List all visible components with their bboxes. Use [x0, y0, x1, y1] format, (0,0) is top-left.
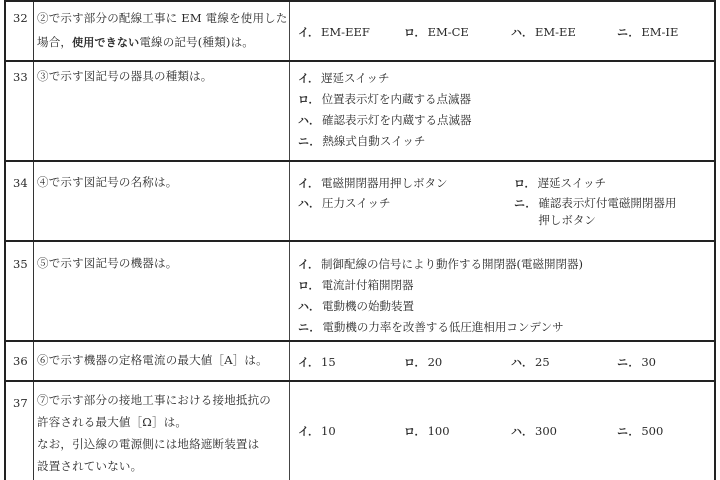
option-mark: ニ．: [617, 356, 639, 369]
option-ni[interactable]: ニ．30: [617, 354, 656, 370]
option-mark: イ．: [298, 26, 319, 39]
question-row-37: 37 ⑦で示す部分の接地工事における接地抵抗の 許容される最大値［Ω］は。 なお…: [6, 382, 714, 480]
options: イ．遅延スイッチ ロ．位置表示灯を内蔵する点滅器 ハ．確認表示灯を内蔵する点滅器…: [290, 62, 714, 160]
option-ni[interactable]: ニ．EM-IE: [617, 24, 678, 40]
option-text: 遅延スイッチ: [321, 71, 390, 85]
option-ro[interactable]: ロ．電流計付箱開閉器: [298, 277, 414, 293]
options: イ．制御配線の信号により動作する開閉器(電磁開閉器) ロ．電流計付箱開閉器 ハ．…: [290, 242, 714, 340]
option-text: 熱線式自動スイッチ: [322, 134, 425, 148]
option-text: 電磁開閉器用押しボタン: [321, 176, 448, 190]
option-text: 確認表示灯を内蔵する点滅器: [322, 113, 472, 127]
option-mark: ハ．: [298, 114, 320, 127]
option-i[interactable]: イ．10: [298, 423, 336, 439]
option-ro[interactable]: ロ．100: [404, 423, 450, 439]
option-text: 圧力スイッチ: [322, 196, 391, 210]
option-text: 電動機の始動装置: [322, 299, 414, 313]
question-row-32: 32 ②で示す部分の配線工事に EM 電線を使用した場合，使用できない電線の記号…: [6, 0, 714, 62]
question-text: ⑥で示す機器の定格電流の最大値［A］は。: [34, 342, 290, 380]
option-i[interactable]: イ．遅延スイッチ: [298, 70, 390, 86]
option-mark: ハ．: [511, 356, 533, 369]
option-text: 位置表示灯を内蔵する点滅器: [322, 92, 472, 106]
option-text: 電流計付箱開閉器: [322, 278, 414, 292]
option-mark: ロ．: [298, 93, 320, 106]
question-text-line: 設置されていない。: [37, 455, 289, 477]
option-mark: ロ．: [404, 26, 426, 39]
option-i[interactable]: イ．EM-EEF: [298, 24, 370, 40]
question-number: 32: [6, 2, 34, 60]
option-text: 300: [535, 424, 557, 438]
option-mark: ロ．: [514, 177, 536, 190]
option-text: 確認表示灯付電磁開閉器用押しボタン: [538, 195, 678, 229]
option-text: 15: [321, 355, 336, 369]
option-mark: ロ．: [404, 356, 426, 369]
question-number: 33: [6, 62, 34, 160]
options: イ．電磁開閉器用押しボタン ロ．遅延スイッチ ハ．圧力スイッチ ニ．確認表示灯付…: [290, 162, 714, 240]
question-text: ⑦で示す部分の接地工事における接地抵抗の 許容される最大値［Ω］は。 なお，引込…: [34, 382, 290, 480]
question-number: 36: [6, 342, 34, 380]
question-row-34: 34 ④で示す図記号の名称は。 イ．電磁開閉器用押しボタン ロ．遅延スイッチ ハ…: [6, 162, 714, 242]
option-ha[interactable]: ハ．電動機の始動装置: [298, 298, 414, 314]
question-text-line: ⑦で示す部分の接地工事における接地抵抗の: [37, 389, 289, 411]
option-ro[interactable]: ロ．EM-CE: [404, 24, 469, 40]
question-text-post: 電線の記号(種類)は。: [139, 35, 254, 49]
option-ro[interactable]: ロ．遅延スイッチ: [514, 175, 606, 191]
question-row-33: 33 ③で示す図記号の器具の種類は。 イ．遅延スイッチ ロ．位置表示灯を内蔵する…: [6, 62, 714, 162]
option-ha[interactable]: ハ．確認表示灯を内蔵する点滅器: [298, 112, 472, 128]
option-ro[interactable]: ロ．20: [404, 354, 442, 370]
options: イ．15 ロ．20 ハ．25 ニ．30: [290, 342, 714, 380]
question-number: 34: [6, 162, 34, 240]
option-mark: イ．: [298, 72, 319, 85]
option-mark: イ．: [298, 177, 319, 190]
option-mark: イ．: [298, 356, 319, 369]
option-mark: ニ．: [298, 135, 320, 148]
option-text: 電動機の力率を改善する低圧進相用コンデンサ: [322, 320, 563, 334]
option-text: 制御配線の信号により動作する開閉器(電磁開閉器): [321, 257, 583, 271]
question-text-line: 許容される最大値［Ω］は。: [37, 411, 289, 433]
option-mark: ロ．: [298, 279, 320, 292]
option-ha[interactable]: ハ．圧力スイッチ: [298, 195, 391, 211]
options: イ．10 ロ．100 ハ．300 ニ．500: [290, 382, 714, 480]
question-row-35: 35 ⑤で示す図記号の機器は。 イ．制御配線の信号により動作する開閉器(電磁開閉…: [6, 242, 714, 342]
question-text: ⑤で示す図記号の機器は。: [34, 242, 290, 340]
option-text: 25: [535, 355, 550, 369]
option-text: 10: [321, 424, 336, 438]
question-text: ②で示す部分の配線工事に EM 電線を使用した場合，使用できない電線の記号(種類…: [34, 2, 290, 60]
option-text: EM-CE: [428, 25, 469, 39]
option-i[interactable]: イ．15: [298, 354, 336, 370]
option-i[interactable]: イ．制御配線の信号により動作する開閉器(電磁開閉器): [298, 256, 583, 272]
question-row-36: 36 ⑥で示す機器の定格電流の最大値［A］は。 イ．15 ロ．20 ハ．25 ニ…: [6, 342, 714, 382]
question-number: 35: [6, 242, 34, 340]
option-mark: ロ．: [404, 425, 426, 438]
option-text: EM-EEF: [321, 25, 370, 39]
option-ro[interactable]: ロ．位置表示灯を内蔵する点滅器: [298, 91, 471, 107]
option-mark: ニ．: [514, 197, 536, 210]
options: イ．EM-EEF ロ．EM-CE ハ．EM-EE ニ．EM-IE: [290, 2, 714, 60]
option-ha[interactable]: ハ．300: [511, 423, 557, 439]
option-text: 20: [428, 355, 443, 369]
question-text: ④で示す図記号の名称は。: [34, 162, 290, 240]
question-table: 32 ②で示す部分の配線工事に EM 電線を使用した場合，使用できない電線の記号…: [4, 0, 716, 480]
option-mark: ハ．: [511, 425, 533, 438]
option-mark: ハ．: [298, 197, 320, 210]
question-text-emphasis: 使用できない: [72, 36, 139, 49]
option-text: 100: [428, 424, 450, 438]
option-text: EM-EE: [535, 25, 576, 39]
question-text-line: なお，引込線の電源側には地絡遮断装置は: [37, 433, 289, 455]
option-ni[interactable]: ニ．500: [617, 423, 663, 439]
option-mark: ハ．: [511, 26, 533, 39]
option-mark: イ．: [298, 425, 319, 438]
option-ni[interactable]: ニ．熱線式自動スイッチ: [298, 133, 425, 149]
option-ha[interactable]: ハ．25: [511, 354, 550, 370]
option-ni[interactable]: ニ．電動機の力率を改善する低圧進相用コンデンサ: [298, 319, 564, 335]
option-ha[interactable]: ハ．EM-EE: [511, 24, 576, 40]
option-text: 遅延スイッチ: [538, 176, 607, 190]
option-text: 500: [641, 424, 663, 438]
option-ni[interactable]: ニ．確認表示灯付電磁開閉器用押しボタン: [514, 195, 678, 229]
option-text: 30: [641, 355, 656, 369]
option-text: EM-IE: [641, 25, 678, 39]
option-mark: ニ．: [298, 321, 320, 334]
option-mark: イ．: [298, 258, 319, 271]
question-number: 37: [6, 382, 34, 480]
option-mark: ハ．: [298, 300, 320, 313]
question-text: ③で示す図記号の器具の種類は。: [34, 62, 290, 160]
option-mark: ニ．: [617, 26, 639, 39]
option-i[interactable]: イ．電磁開閉器用押しボタン: [298, 175, 448, 191]
option-mark: ニ．: [617, 425, 639, 438]
